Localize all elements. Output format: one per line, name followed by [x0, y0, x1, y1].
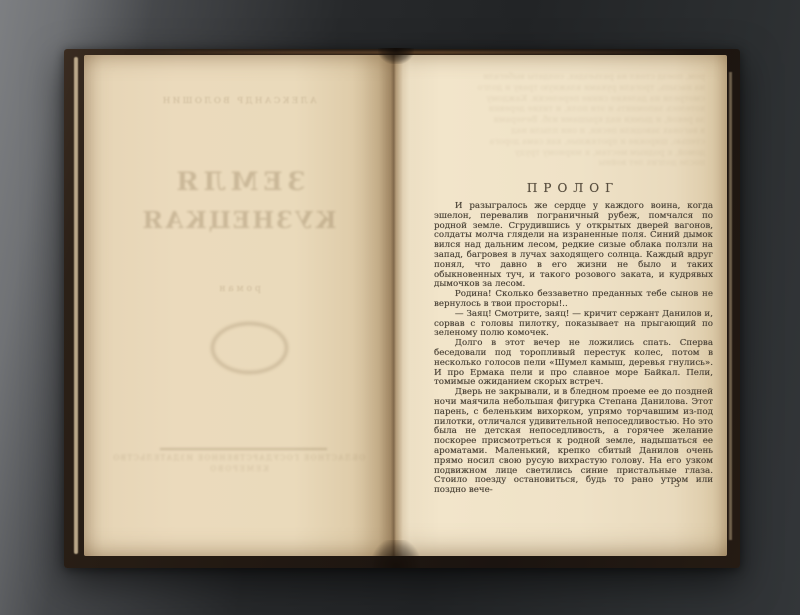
- show-through-line: смотрели на далекие синие перелески. Каж…: [437, 93, 705, 104]
- page-stack-edge-left: [74, 57, 78, 554]
- paragraph: Дверь не закрывали, и в бледном проеме е…: [434, 388, 713, 496]
- show-through-subtitle: роман: [84, 284, 393, 294]
- show-through-title-line-1: ЗЕМЛЯ: [84, 167, 393, 196]
- show-through-line: хотелось запомнить и эти поля, и тихие д…: [437, 103, 705, 114]
- show-through-divider-rule: [160, 448, 327, 450]
- show-through-line: после долгих лет войны: [437, 157, 705, 168]
- left-page-show-through: АЛЕКСАНДР ВОЛОШИН ЗЕМЛЯ КУЗНЕЦКАЯ роман …: [84, 55, 393, 556]
- book-photo-scene: АЛЕКСАНДР ВОЛОШИН ЗЕМЛЯ КУЗНЕЦКАЯ роман …: [0, 0, 800, 615]
- show-through-title-line-2: КУЗНЕЦКАЯ: [84, 207, 393, 234]
- show-through-line: домой, к родным местам, к мирному труду: [437, 147, 705, 158]
- show-through-line: степью, широкие и протяжные, как сама до…: [437, 136, 705, 147]
- paragraph: — Заяц! Смотрите, заяц! — кричит сержант…: [434, 310, 713, 339]
- show-through-author: АЛЕКСАНДР ВОЛОШИН: [84, 96, 393, 106]
- left-page: АЛЕКСАНДР ВОЛОШИН ЗЕМЛЯ КУЗНЕЦКАЯ роман …: [84, 55, 393, 556]
- show-through-imprint-line-1: ОБЛАСТНОЕ ГОСУДАРСТВЕННОЕ ИЗДАТЕЛЬСТВО: [84, 454, 393, 462]
- show-through-line: за рекой, и дымки над крышами изб. Вечер…: [437, 114, 705, 125]
- fold-shadow-top: [378, 48, 414, 64]
- show-through-line: в вагонах заводили песни, и они плыли на…: [437, 125, 705, 136]
- page-stack-edge-right: [729, 72, 732, 540]
- right-page: ром, поезд стоял на разъездах, солдаты в…: [393, 55, 727, 556]
- page-number: 3: [674, 479, 680, 490]
- publisher-emblem-oval: [211, 322, 288, 374]
- paragraph: Долго в этот вечер не ложились спать. Сп…: [434, 339, 713, 388]
- paragraph: И разыгралось же сердце у каждого воина,…: [434, 202, 713, 290]
- fold-shadow-bottom: [372, 540, 420, 568]
- show-through-imprint-line-2: КЕМЕРОВО: [84, 465, 393, 473]
- paragraph: Родина! Сколько беззаветно преданных теб…: [434, 290, 713, 310]
- show-through-line: на насыпь, трогали руками влажную траву …: [437, 82, 705, 93]
- body-text-column: И разыгралось же сердце у каждого воина,…: [434, 202, 713, 496]
- chapter-heading: ПРОЛОГ: [433, 181, 713, 195]
- show-through-line: ром, поезд стоял на разъездах, солдаты в…: [437, 71, 705, 82]
- right-page-show-through: ром, поезд стоял на разъездах, солдаты в…: [437, 71, 705, 168]
